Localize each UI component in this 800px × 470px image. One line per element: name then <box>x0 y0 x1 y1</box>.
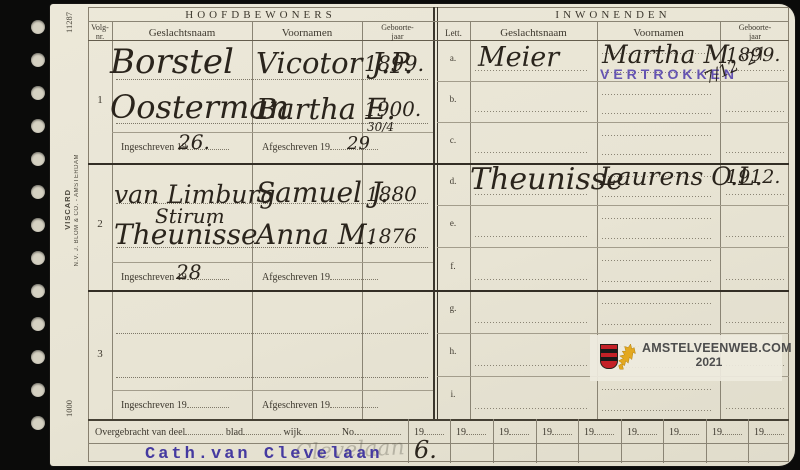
year-cell: 19 <box>536 419 578 463</box>
binder-hole <box>31 53 45 67</box>
surname-entry: Theunisse <box>114 218 258 251</box>
inwonenden-row <box>470 247 788 290</box>
birthyear-entry: 1912. <box>726 166 780 188</box>
year-cell: 19 <box>706 419 748 463</box>
birthyear-entry: 1899. <box>364 52 424 76</box>
birthyear-entry: 1876 <box>366 224 417 248</box>
column-header-birthyear-left: Geboorte- jaar <box>362 23 433 41</box>
house-number-entry: 6. <box>414 436 437 464</box>
binder-hole <box>31 185 45 199</box>
lett-label: d. <box>437 176 469 186</box>
watermark: AMSTELVEENWEB.COM 2021 <box>590 335 782 381</box>
afgeschreven-date-note: 30/4 <box>367 120 394 134</box>
grid-line <box>88 21 789 22</box>
binder-hole <box>31 416 45 430</box>
year-cell: 19 <box>748 419 790 463</box>
binder-hole <box>31 86 45 100</box>
ingeschreven-label: Ingeschreven 19 <box>121 270 229 283</box>
binder-hole <box>31 317 45 331</box>
dotted-leader <box>509 425 529 435</box>
column-header-surname-right: Geslachtsnaam <box>470 27 597 39</box>
binder-hole <box>31 119 45 133</box>
dotted-leader <box>679 425 699 435</box>
year-cell: 19 <box>493 419 536 463</box>
scanned-card-photo: 11287 VISCARD N.V. J. BLOM & CO. - AMSTE… <box>0 0 800 470</box>
year-cell: 19 <box>663 419 706 463</box>
column-header-firstnames-left: Voornamen <box>252 27 362 39</box>
population-register-card: 11287 VISCARD N.V. J. BLOM & CO. - AMSTE… <box>50 4 795 466</box>
dotted-leader <box>187 398 229 408</box>
watermark-site: AMSTELVEENWEB.COM <box>642 341 776 355</box>
dotted-leader <box>330 398 378 408</box>
birthyear-entry: 1900. <box>364 97 421 121</box>
lett-label: g. <box>437 303 469 313</box>
column-header-birthyear-right: Geboorte- jaar <box>720 23 790 41</box>
lett-label: a. <box>437 53 469 63</box>
grid-line <box>112 390 433 391</box>
lett-label: c. <box>437 135 469 145</box>
watermark-text: AMSTELVEENWEB.COM 2021 <box>642 341 776 369</box>
column-header-volgnr: Volg- nr. <box>88 23 112 41</box>
ingeschreven-value: 28 <box>176 260 201 284</box>
volgnr-3: 3 <box>88 348 112 360</box>
afgeschreven-label: Afgeschreven 19 <box>262 398 378 411</box>
inwonenden-row <box>470 376 788 419</box>
binder-hole <box>31 20 45 34</box>
grid-line <box>112 262 433 263</box>
inwonenden-row <box>470 122 788 163</box>
dotted-leader <box>722 425 742 435</box>
dotted-leader <box>185 425 223 435</box>
section-title-inwonenden: INWONENDEN <box>437 9 789 21</box>
card-serial-top: 11287 <box>64 12 74 33</box>
ingeschreven-value: 26. <box>178 130 210 154</box>
column-header-firstnames-right: Voornamen <box>597 27 720 39</box>
volgnr-1: 1 <box>88 94 112 106</box>
surname-entry: Meier <box>478 42 559 73</box>
inwonenden-row <box>470 81 788 122</box>
year-cell: 19 <box>578 419 621 463</box>
lett-label: i. <box>437 389 469 399</box>
address-stamp: Cath.van Clevelaan <box>145 445 383 464</box>
binder-hole <box>31 218 45 232</box>
binder-hole <box>31 251 45 265</box>
watermark-lion-icon <box>615 340 639 372</box>
dotted-leader <box>301 425 339 435</box>
dotted-leader <box>466 425 486 435</box>
writing-line <box>116 333 428 334</box>
printer-brand: VISCARD <box>63 189 72 230</box>
year-cell: 19 <box>621 419 663 463</box>
lett-label: e. <box>437 218 469 228</box>
dotted-leader <box>594 425 614 435</box>
column-header-lett: Lett. <box>437 28 470 38</box>
binder-hole <box>31 284 45 298</box>
year-cell: 19 <box>450 419 493 463</box>
ingeschreven-label: Ingeschreven 19 <box>121 398 229 411</box>
column-header-surname-left: Geslachtsnaam <box>112 27 252 39</box>
binder-hole <box>31 152 45 166</box>
firstnames-entry: Anna M. <box>256 218 375 251</box>
lett-label: h. <box>437 346 469 356</box>
lett-label: f. <box>437 261 469 271</box>
dotted-leader <box>357 425 401 435</box>
birthyear-entry: 1880 <box>366 182 417 206</box>
dotted-leader <box>764 425 784 435</box>
binder-hole <box>31 383 45 397</box>
inwonenden-row <box>470 290 788 333</box>
lett-label: b. <box>437 94 469 104</box>
binder-hole <box>31 350 45 364</box>
volgnr-2: 2 <box>88 218 112 230</box>
transfer-line: Overgebracht van deel blad wijk No. <box>95 425 401 438</box>
writing-line <box>116 377 428 378</box>
card-serial-bottom: 1000 <box>64 400 74 417</box>
dotted-leader <box>243 425 281 435</box>
dotted-leader <box>637 425 657 435</box>
watermark-year: 2021 <box>642 355 776 369</box>
ingeschreven-label: Ingeschreven 19 <box>121 140 229 153</box>
dotted-leader <box>330 270 378 280</box>
inwonenden-row <box>470 205 788 247</box>
dotted-leader <box>424 425 444 435</box>
surname-entry: Borstel <box>110 42 234 82</box>
dotted-leader <box>552 425 572 435</box>
section-title-hoofdbewoners: HOOFDBEWONERS <box>88 9 433 21</box>
center-divider <box>433 7 438 419</box>
afgeschreven-label: Afgeschreven 19 <box>262 270 378 283</box>
printer-brand-address: N.V. J. BLOM & CO. - AMSTERDAM <box>74 154 80 266</box>
afgeschreven-value: 29 <box>347 133 370 154</box>
